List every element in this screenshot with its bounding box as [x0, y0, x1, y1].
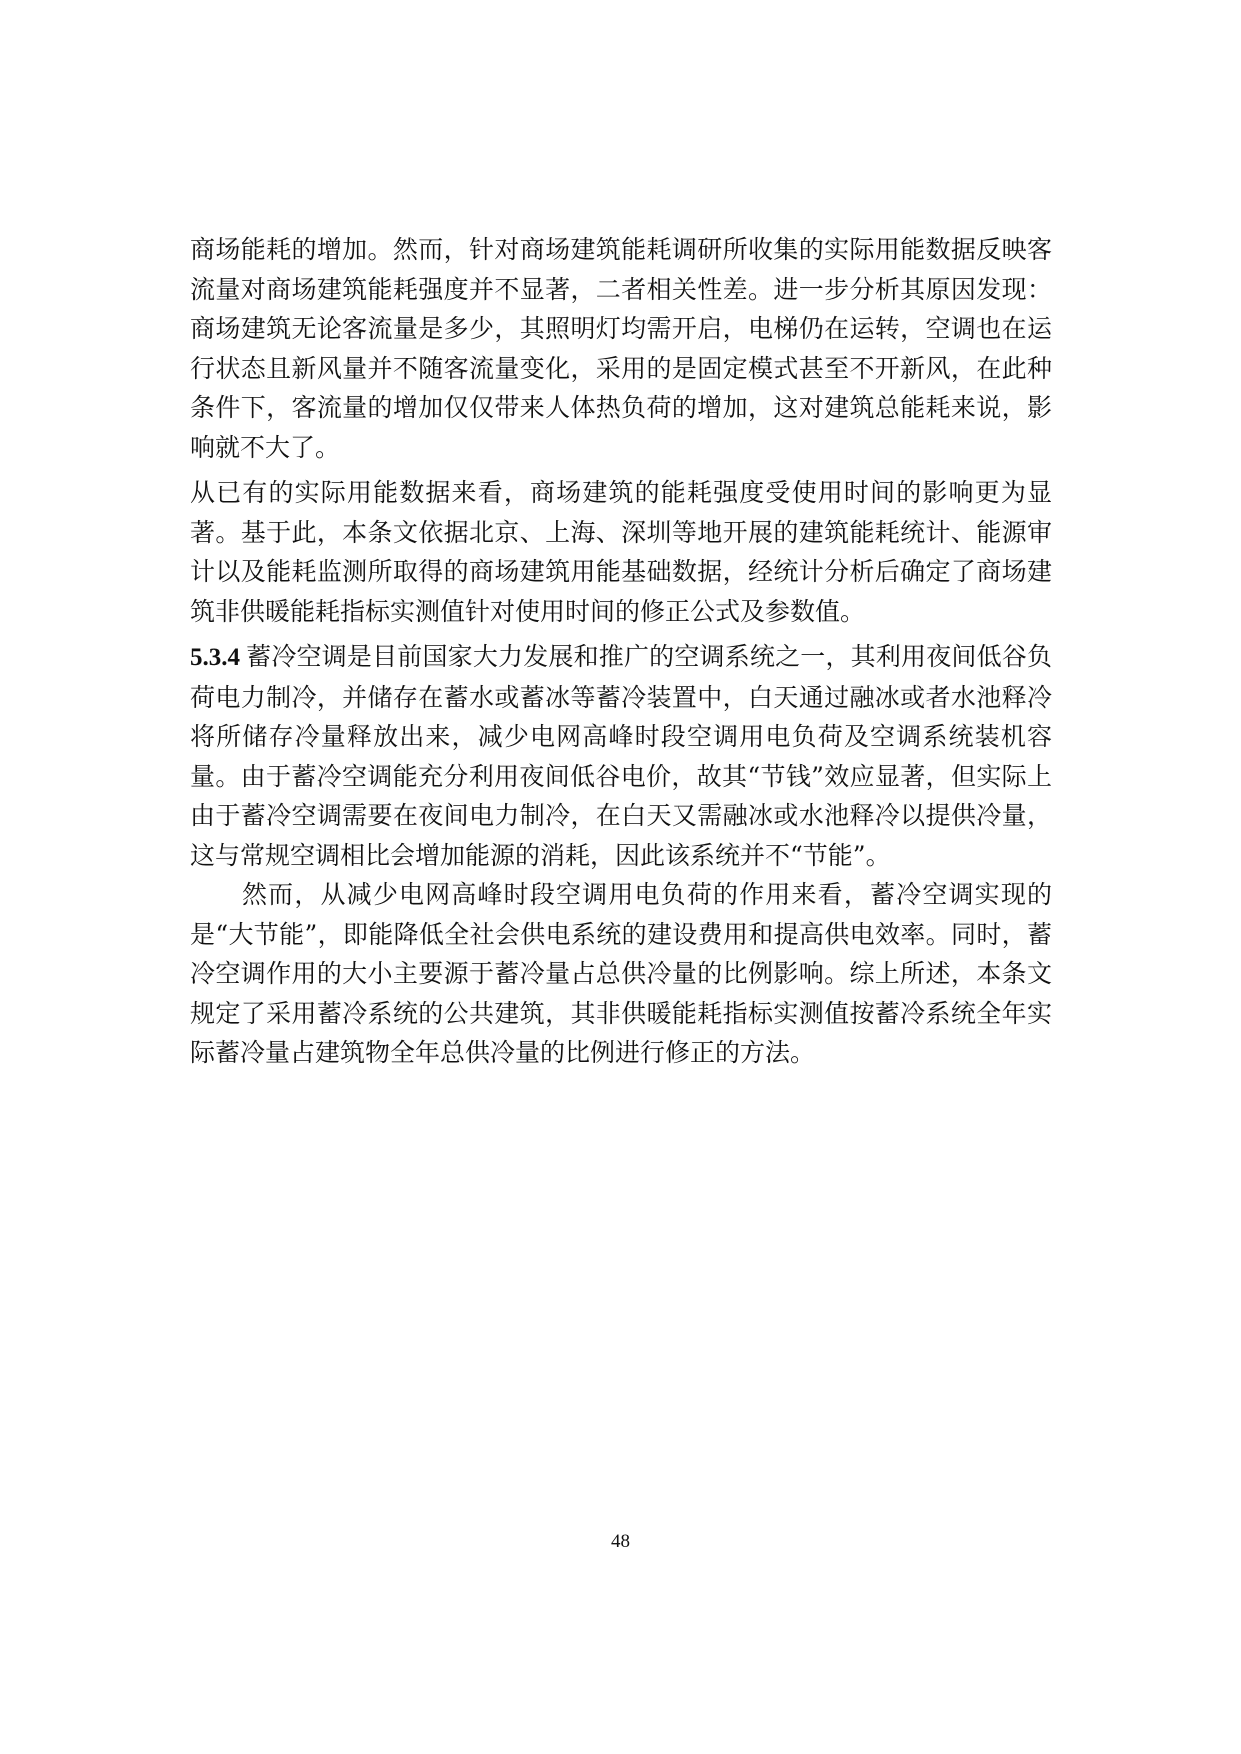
page-body: 商场能耗的增加。然而，针对商场建筑能耗调研所收集的实际用能数据反映客流量对商场建… [190, 230, 1052, 1073]
paragraph-mall-occupancy: 商场能耗的增加。然而，针对商场建筑能耗调研所收集的实际用能数据反映客流量对商场建… [190, 230, 1052, 467]
section-5-3-4-text: 蓄冷空调是目前国家大力发展和推广的空调系统之一，其利用夜间低谷负荷电力制冷，并储… [190, 642, 1052, 870]
page-number: 48 [0, 1531, 1241, 1553]
paragraph-section-5-3-4: 5.3.4蓄冷空调是目前国家大力发展和推广的空调系统之一，其利用夜间低谷负荷电力… [190, 637, 1052, 875]
paragraph-thermal-storage-conclusion: 然而，从减少电网高峰时段空调用电负荷的作用来看，蓄冷空调实现的是“大节能”，即能… [190, 875, 1052, 1073]
paragraph-usage-time: 从已有的实际用能数据来看，商场建筑的能耗强度受使用时间的影响更为显著。基于此，本… [190, 473, 1052, 631]
section-number: 5.3.4 [190, 644, 240, 671]
